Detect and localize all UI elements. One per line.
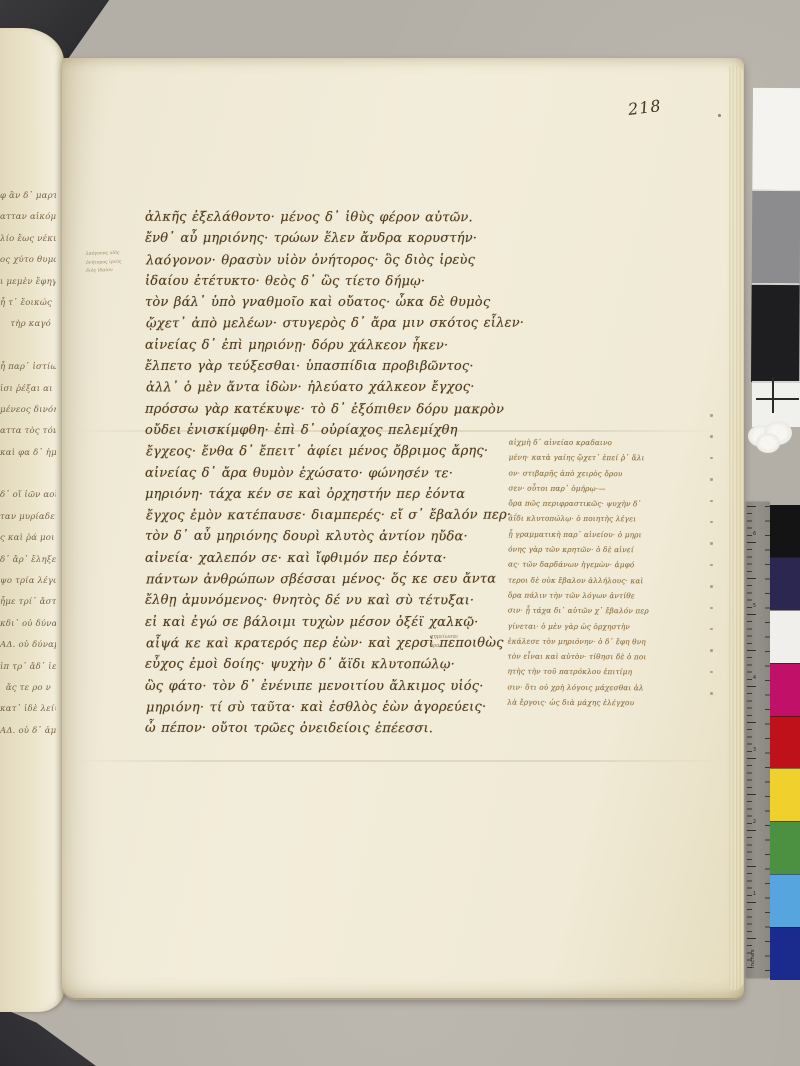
grayscale-patch <box>752 88 800 190</box>
facing-page-line-ending: μένεος δινόη <box>0 400 56 421</box>
pricking-dot <box>710 607 713 610</box>
scholia-line: ητὴς τὴν τοῦ πατρόκλου ἐπιτίμη <box>507 664 675 680</box>
scholia-line: γίνεται· ὁ μὲν γὰρ ὡς ὀρχηστὴν <box>508 618 676 634</box>
manuscript-verse-line: οὔδει ἐνισκίμφθη· ἐπὶ δ᾽ οὐρίαχος πελεμί… <box>145 420 490 441</box>
facing-page-line-ending: ατταν αἰκόμιλ <box>0 207 56 228</box>
manuscript-verse-line: ᾤχετ᾽ ἀπὸ μελέων· στυγερὸς δ᾽ ἄρα μιν σκ… <box>146 313 491 335</box>
pricking-dot <box>710 564 713 567</box>
scholia-line: ὅρα πῶς περιφραστικῶς· ψυχὴν δ᾽ <box>508 496 676 512</box>
manuscript-verse-line: εἰ καὶ ἐγώ σε βάλοιμι τυχὼν μέσον ὀξέϊ χ… <box>145 612 490 633</box>
color-patch <box>770 768 800 821</box>
color-patch <box>770 505 800 557</box>
crosshair-icon <box>756 398 799 400</box>
gloss-line: σημείωσαι <box>430 633 458 642</box>
manuscript-verse-line: πάντων ἀνθρώπων σβέσσαι μένος· ὅς κε σευ… <box>146 569 491 591</box>
scholia-line: σιν· ὅτι οὐ χρὴ λόγοις μάχεσθαι ἀλ <box>507 679 675 695</box>
color-patch <box>770 927 800 980</box>
color-patch <box>770 557 800 610</box>
manuscript-verse-line: ἀλκῆς ἐξελάθοντο· μένος δ᾽ ἰθὺς φέρον αὐ… <box>145 207 490 229</box>
manuscript-verse-line: ἰδαίου ἐτέτυκτο· θεὸς δ᾽ ὣς τίετο δήμῳ· <box>145 271 490 293</box>
facing-page-line-ending: ς καὶ ῥά μοι <box>0 528 56 549</box>
interlinear-gloss: σημείωσαιὅρα <box>430 633 458 651</box>
photograph-of-manuscript: { "manuscript": { "folio_number": "218",… <box>0 0 800 1066</box>
manuscript-verse-line: μηριόνη· τάχα κέν σε καὶ ὀρχηστήν περ ἐό… <box>145 484 490 505</box>
manuscript-verse-line: ἔγχος ἐμὸν κατέπαυσε· διαμπερές· εἴ σ᾽ ἔ… <box>146 505 491 527</box>
scholia-line: τεροι δὲ οὐκ ἔβαλον ἀλλήλους· καὶ <box>508 572 676 588</box>
scholia-line: ἀΐδι κλυτοπώλῳ· ὁ ποιητὴς λέγει <box>508 511 676 527</box>
marginal-scholia-block: αἰχμὴ δ᾽ αἰνείαο κραδαινομένη· κατὰ γαίη… <box>507 435 676 711</box>
pricking-dot <box>710 649 713 652</box>
scholia-line: σιν· ᾗ τάχα δι᾽ αὐτῶν χ᾽ ἔβαλόν περ <box>508 603 676 619</box>
scholia-line: ἐκάλεσε τὸν μηριόνην· ὁ δ᾽ ἔφη θνη <box>508 633 676 649</box>
main-text-block: ἀλκῆς ἐξελάθοντο· μένος δ᾽ ἰθὺς φέρον αὐ… <box>145 207 490 739</box>
manuscript-verse-line: τὸν δ᾽ αὖ μηριόνης δουρὶ κλυτὸς ἀντίον η… <box>145 526 490 548</box>
manuscript-verse-line: ὦ πέπον· οὔτοι τρῶες ὀνειδείοις ἐπέεσσι. <box>145 718 490 740</box>
color-patch <box>770 874 800 927</box>
facing-page-line-ending: αττα τὸς τόνι <box>0 421 56 442</box>
grayscale-patch <box>751 283 800 382</box>
facing-page-edge: φ ἃν δ᾽ μαρτίνατταν αἰκόμιλλίο ἔως νέκυι… <box>0 28 64 1012</box>
facing-page-line-ending: ἧ τ᾽ ἔοικώς <box>0 293 56 314</box>
facing-page-line-ending: ἰπ τρ᾽ ἄδ᾽ ἱερ <box>0 657 56 678</box>
gloss-line: διὸς ἰδαίου <box>86 266 138 276</box>
manuscript-page: 218 ἀλκῆς ἐξελάθοντο· μένος δ᾽ ἰθὺς φέρο… <box>62 58 744 998</box>
manuscript-verse-line: λαόγονον· θρασὺν υἱὸν ὀνήτορος· ὃς διὸς … <box>146 249 491 271</box>
facing-page-line-ending: λίο ἔως νέκυι <box>0 229 56 250</box>
facing-page-line-ending <box>0 336 56 357</box>
facing-page-line-ending <box>0 464 56 485</box>
facing-page-line-ending: δ᾽ οἵ ἰῶν αοὶ <box>0 485 56 506</box>
manuscript-verse-line: μηριόνη· τί σὺ ταῦτα· καὶ ἐσθλὸς ἐὼν ἀγο… <box>146 696 491 718</box>
color-patch <box>770 663 800 716</box>
manuscript-verse-line: ὣς φάτο· τὸν δ᾽ ἐνένιπε μενοιτίου ἄλκιμο… <box>145 676 490 697</box>
scholia-line: τὸν εἶναι καὶ αὐτὸν· τίθησι δὲ ὁ ποι <box>508 649 676 665</box>
pricking-dot <box>710 628 713 631</box>
facing-page-line-ending: κδι᾽ οὐ δύναμ <box>0 614 56 635</box>
scholia-line: όνης γὰρ τῶν κρητῶν· ὁ δὲ αἰνεί <box>508 542 676 558</box>
parchment-crease <box>72 760 722 762</box>
ink-speck <box>718 114 721 117</box>
scholia-line: αἰχμὴ δ᾽ αἰνείαο κραδαινο <box>509 435 677 451</box>
facing-page-line-ending: ἅς τε ρο ν <box>0 678 56 699</box>
gloss-line: ὅρα <box>430 642 458 651</box>
scholia-line: μένη· κατὰ γαίης ᾤχετ᾽ ἐπεί ῥ᾽ ἅλι <box>509 450 677 466</box>
scholia-line: ὅρα πάλιν τὴν τῶν λόγων ἀντίθε <box>508 588 676 604</box>
pricking-dot <box>710 435 713 438</box>
pricking-dot <box>710 457 713 460</box>
color-calibration-bar <box>770 505 800 980</box>
ruler-cm-numbers: 1615141312111098765432 <box>759 510 765 945</box>
pricking-dot <box>710 521 713 524</box>
ruler-units-label: Inches <box>750 949 756 968</box>
facing-page-text-fragments: φ ἃν δ᾽ μαρτίνατταν αἰκόμιλλίο ἔως νέκυι… <box>0 186 56 742</box>
manuscript-verse-line: πρόσσω γὰρ κατέκυψε· τὸ δ᾽ ἐξόπιθεν δόρυ… <box>145 398 490 420</box>
facing-page-line-ending: φ ἃν δ᾽ μαρτίν <box>0 186 56 207</box>
pricking-dot <box>710 585 713 588</box>
color-patch <box>770 716 800 769</box>
facing-page-line-ending: καὶ φα δ᾽ ἡμῖν <box>0 443 56 464</box>
scholia-line: σεν· οὗτοι παρ᾽ ὁμήρῳ·— <box>508 480 676 496</box>
pricking-dot <box>710 478 713 481</box>
facing-page-line-ending: ι μεμὲν ἔφηγι <box>0 272 56 293</box>
crosshair-icon <box>772 377 774 413</box>
manuscript-verse-line: ἔλπετο γὰρ τεύξεσθαι· ὑπασπίδια προβιβῶν… <box>145 356 490 377</box>
folio-number: 218 <box>627 96 663 119</box>
facing-page-line-ending: ψο τρία λέγων <box>0 571 56 592</box>
color-patch <box>770 610 800 663</box>
manuscript-verse-line: ἔγχεος· ἔνθα δ᾽ ἔπειτ᾽ ἀφίει μένος ὄβριμ… <box>146 441 491 463</box>
facing-page-line-ending: ἧμε τρί᾽ ἄστεα <box>0 592 56 613</box>
manuscript-verse-line: ἔνθ᾽ αὖ μηριόνης· τρώων ἕλεν ἄνδρα κορυσ… <box>145 228 490 249</box>
grayscale-calibration-bar <box>751 88 800 382</box>
pricking-dot <box>710 692 713 695</box>
facing-page-line-ending: ἦ παρ᾽ ἱστίω <box>0 357 56 378</box>
manuscript-verse-line: ἀλλ᾽ ὁ μὲν ἄντα ἰδὼν· ἠλεύατο χάλκεον ἔγ… <box>146 377 491 399</box>
facing-page-line-ending: κατ᾽ ἰδὲ λείψ <box>0 699 56 720</box>
pricking-dot <box>710 542 713 545</box>
manuscript-verse-line: τὸν βάλ᾽ ὑπὸ γναθμοῖο καὶ οὔατος· ὦκα δὲ… <box>145 292 490 313</box>
pricking-dots-column <box>710 414 714 713</box>
pricking-dot <box>710 500 713 503</box>
manuscript-verse-line: αἰνεία· χαλεπόν σε· καὶ ἴφθιμόν περ ἐόντ… <box>145 548 490 569</box>
manuscript-verse-line: ἔλθῃ ἀμυνόμενος· θνητὸς δέ νυ καὶ σὺ τέτ… <box>145 590 490 612</box>
pricking-dot <box>710 414 713 417</box>
facing-page-line-ending: ταν μυρίαδειν <box>0 507 56 528</box>
pricking-dot <box>710 671 713 674</box>
color-patch <box>770 821 800 874</box>
facing-page-line-ending: τὴρ καγό <box>0 314 56 335</box>
ruler: 654321 1615141312111098765432 Inches <box>747 502 770 978</box>
manuscript-verse-line: αἰνείας δ᾽ ἄρα θυμὸν ἐχώσατο· φώνησέν τε… <box>145 462 490 484</box>
tissue-wad <box>746 419 798 455</box>
facing-page-line-ending: ος χύτο θυμῶν <box>0 250 56 271</box>
left-margin-gloss: λαόγονος υἱὸςὀνήτορος ἱρεὺςδιὸς ἰδαίου <box>86 249 139 276</box>
scholia-line: λὰ ἔργοις· ὡς διὰ μάχης ἐλέγχου <box>507 695 675 711</box>
facing-page-line-ending: ΑΔ. οὐ δ᾽ ἀμεν <box>0 721 56 742</box>
facing-page-line-ending: δ᾽ ἄρ᾽ ἔληξε <box>0 550 56 571</box>
facing-page-line-ending: ΑΔ. οὐ δύναμ <box>0 635 56 656</box>
manuscript-verse-line: αἰνείας δ᾽ ἐπὶ μηριόνῃ· δόρυ χάλκεον ἧκε… <box>145 334 490 356</box>
scholia-line: ᾗ γραμματικὴ παρ᾽ αἰνείου· ὁ μηρι <box>508 526 676 542</box>
manuscript-verse-line: εὖχος ἐμοὶ δοίης· ψυχὴν δ᾽ ἄϊδι κλυτοπώλ… <box>145 654 490 676</box>
facing-page-line-ending: ἰσι ῥέξαι αι <box>0 379 56 400</box>
grayscale-patch <box>752 190 800 283</box>
scholia-line: ας· τῶν δαρδάνων ἡγεμὼν· ἀμφό <box>508 557 676 573</box>
scholia-line: ον· στιβαρῆς ἀπὸ χειρὸς ὄρου <box>508 465 676 481</box>
page-fore-edge <box>729 66 744 990</box>
